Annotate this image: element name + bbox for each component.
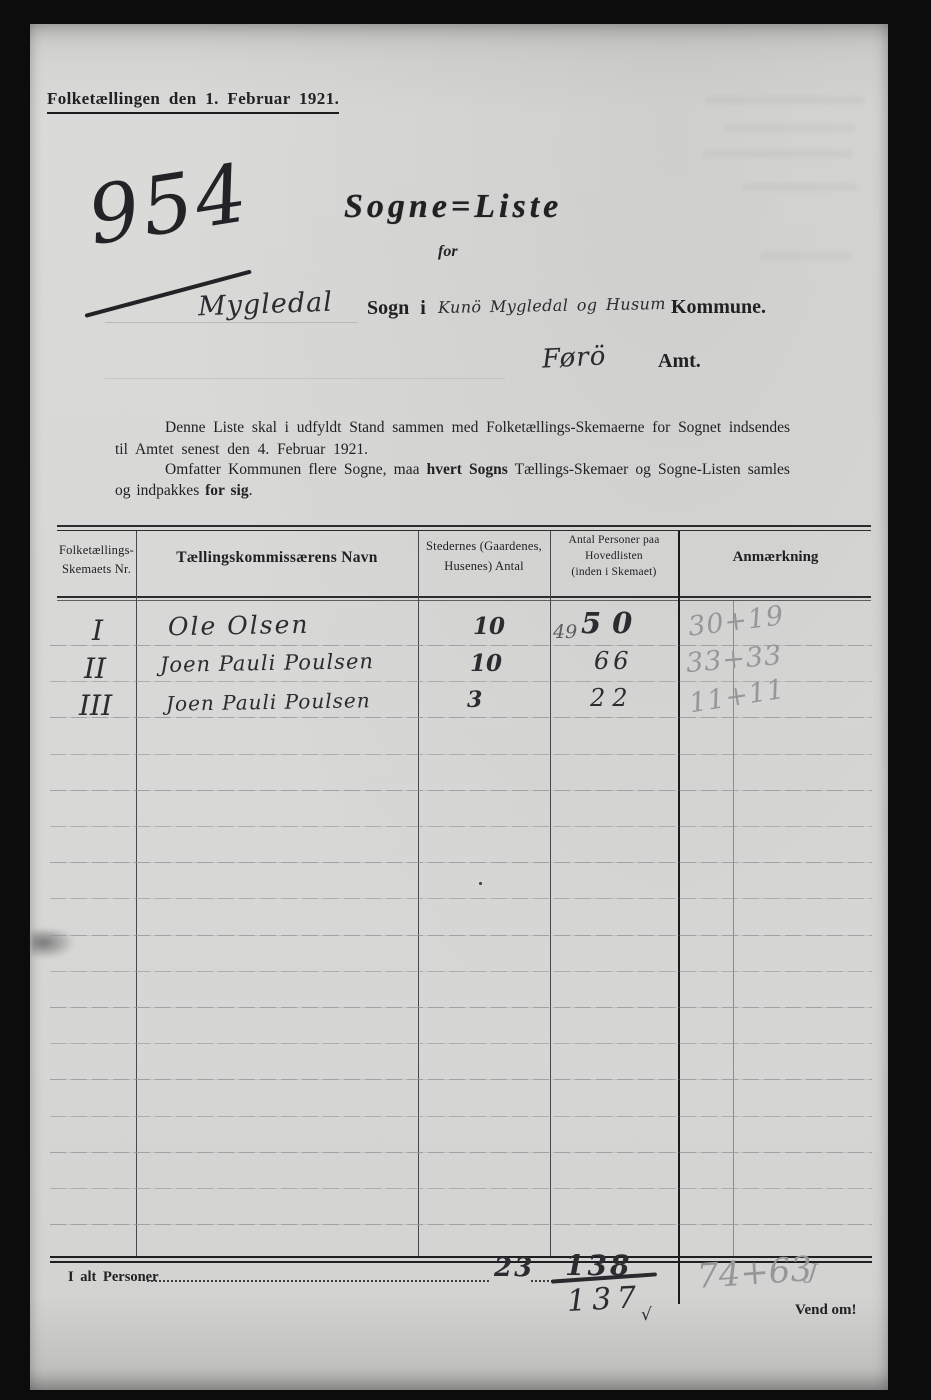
table-row-line: [50, 1224, 872, 1225]
ink-dot: [479, 882, 482, 885]
amt-label: Amt.: [658, 350, 701, 373]
instruction-line-4: og indpakkes for sig.: [115, 482, 252, 500]
totals-label: I alt Personer: [68, 1269, 159, 1286]
vend-om-note: Vend om!: [795, 1302, 857, 1319]
row-nr: I: [92, 614, 103, 647]
title-subtitle: for: [438, 243, 458, 261]
instruction-line-4-post: .: [249, 482, 253, 499]
bleed-through-mark: [742, 183, 857, 191]
bleed-through-mark: [705, 96, 865, 104]
table-row-line: [50, 1079, 872, 1080]
col-header-personer-line3: (inden i Skemaet): [550, 566, 678, 578]
table-row-line: [50, 1188, 872, 1189]
totals-leader-dots-2: [531, 1280, 553, 1282]
row-personer-antal: 22: [590, 684, 635, 712]
bleed-through-mark: [760, 252, 850, 260]
totals-anm-pencil: 74+63: [696, 1249, 814, 1297]
table-top-rule-1: [57, 525, 871, 527]
row-nr: III: [79, 689, 112, 722]
sogn-blank-line: [105, 322, 357, 323]
screenshot-root: { "colors": { "background": "#0c0c0c", "…: [0, 0, 931, 1400]
bleed-through-mark: [703, 150, 853, 158]
row-steder-antal: 10: [473, 613, 505, 640]
totals-steder-value: 23: [494, 1253, 534, 1283]
col-header-navn: Tællingskommissærens Navn: [136, 549, 418, 567]
totals-leader-dots: [147, 1280, 489, 1282]
row-personer-antal: 50: [581, 606, 643, 640]
column-divider-nr-navn: [136, 531, 137, 1256]
kommune-label: Kommune.: [671, 296, 766, 319]
table-header-rule-1: [57, 596, 871, 598]
table-row-line: [50, 1043, 872, 1044]
table-row-line: [50, 754, 872, 755]
handwritten-sogn-name: Mygledal: [198, 287, 334, 323]
row-steder-antal: 10: [470, 650, 502, 677]
row-personer-antal: 66: [594, 647, 633, 675]
instruction-line-3-bold: hvert Sogns: [427, 461, 508, 478]
col-header-skema-nr-line1: Folketællings-: [57, 543, 136, 558]
table-row-line: [50, 790, 872, 791]
table-row-line: [50, 1152, 872, 1153]
table-row-line: [50, 1007, 872, 1008]
totals-checkmark: √: [641, 1305, 652, 1325]
table-row-line: [50, 935, 872, 936]
instruction-line-3: Omfatter Kommunen flere Sogne, maa hvert…: [165, 461, 790, 479]
sogn-label: Sogn i: [367, 297, 426, 320]
instruction-line-3-pre: Omfatter Kommunen flere Sogne, maa: [165, 461, 427, 478]
table-header-rule-2: [57, 600, 871, 601]
table-row-line: [50, 862, 872, 863]
col-header-personer-line1: Antal Personer paa: [550, 534, 678, 546]
column-divider-steder-personer: [550, 531, 551, 1256]
page-title: Sogne=Liste: [344, 188, 562, 226]
col-header-anm: Anmærkning: [679, 549, 872, 566]
instruction-line-3-post: Tællings-Skemaer og Sogne-Listen samles: [508, 461, 790, 478]
row-nr: II: [84, 652, 106, 685]
table-row-line: [50, 971, 872, 972]
table-row-line: [50, 826, 872, 827]
row-commissioner-name: Ole Olsen: [168, 610, 310, 641]
table-top-rule-2: [57, 530, 871, 531]
instruction-line-4-pre: og indpakkes: [115, 482, 205, 499]
instruction-line-1: Denne Liste skal i udfyldt Stand sammen …: [165, 419, 790, 437]
column-divider-navn-steder: [418, 531, 419, 1256]
col-header-skema-nr-line2: Skemaets Nr.: [57, 562, 136, 577]
census-date-header: Folketællingen den 1. Februar 1921.: [47, 89, 339, 114]
amt-blank-line: [105, 378, 505, 379]
instruction-line-4-bold: for sig: [205, 482, 248, 499]
row-commissioner-name: Joen Pauli Poulsen: [166, 688, 371, 716]
table-row-line: [50, 717, 872, 718]
instruction-line-2: til Amtet senest den 4. Februar 1921.: [115, 441, 368, 459]
table-row-line: [50, 898, 872, 899]
table-row-line: [50, 1116, 872, 1117]
col-header-personer-line2: Hovedlisten: [550, 550, 678, 562]
bleed-through-mark: [725, 124, 855, 132]
col-header-steder-line2: Husenes) Antal: [418, 559, 550, 574]
handwritten-kommune-name: Kunö Mygledal og Husum: [438, 294, 666, 317]
row-personer-prev: 49: [553, 621, 577, 643]
handwritten-amt-name: Førö: [541, 341, 607, 374]
totals-personer-corrected: 137: [566, 1280, 643, 1319]
col-header-steder-line1: Stedernes (Gaardenes,: [418, 539, 550, 554]
row-commissioner-name: Joen Pauli Poulsen: [160, 649, 374, 677]
row-steder-antal: 3: [467, 687, 482, 713]
